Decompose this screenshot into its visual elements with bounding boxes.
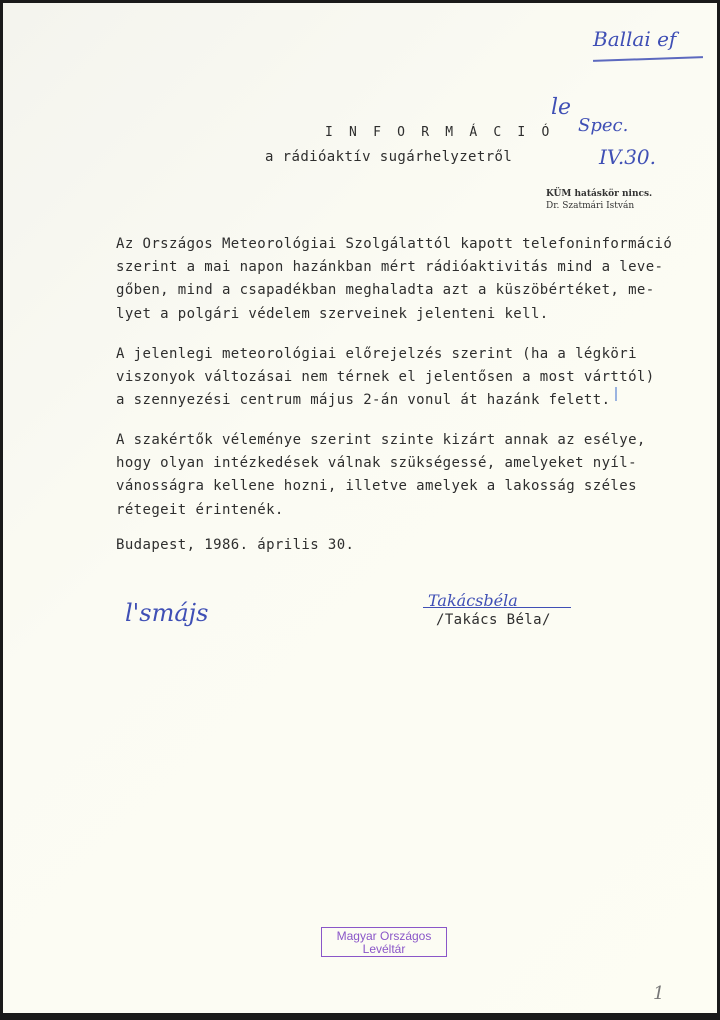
handwritten-margin-spec: Spec. — [578, 115, 628, 136]
document-subtitle: a rádióaktív sugárhelyzetről — [265, 149, 512, 165]
paragraph-2: A jelenlegi meteorológiai előrejelzés sz… — [116, 343, 655, 413]
pen-mark — [615, 387, 617, 401]
handwritten-margin-le: le — [551, 95, 571, 120]
archive-stamp: Magyar Országos Levéltár — [321, 927, 447, 957]
signature-stroke — [423, 607, 571, 608]
paragraph-1: Az Országos Meteorológiai Szolgálattól k… — [116, 233, 672, 326]
signatory-name: /Takács Béla/ — [436, 612, 551, 628]
handwritten-note-top-right: Ballai ef — [593, 27, 676, 51]
paragraph-3: A szakértők véleménye szerint szinte kiz… — [116, 429, 646, 522]
page-number: 1 — [653, 983, 664, 1004]
kum-note-line1: KÜM hatáskör nincs. — [546, 189, 652, 199]
document-page: Ballai ef le Spec. IV.30. I N F O R M Á … — [3, 3, 717, 1013]
handwritten-margin-date: IV.30. — [599, 145, 656, 169]
handwritten-underline — [593, 56, 703, 62]
document-title: I N F O R M Á C I Ó — [325, 125, 554, 140]
dateline: Budapest, 1986. április 30. — [116, 537, 354, 553]
archive-stamp-line2: Levéltár — [322, 943, 446, 956]
handwritten-signature-left: l'smájs — [125, 599, 208, 627]
kum-note-line2: Dr. Szatmári István — [546, 200, 652, 212]
kum-stamp-note: KÜM hatáskör nincs. Dr. Szatmári István — [546, 188, 652, 212]
